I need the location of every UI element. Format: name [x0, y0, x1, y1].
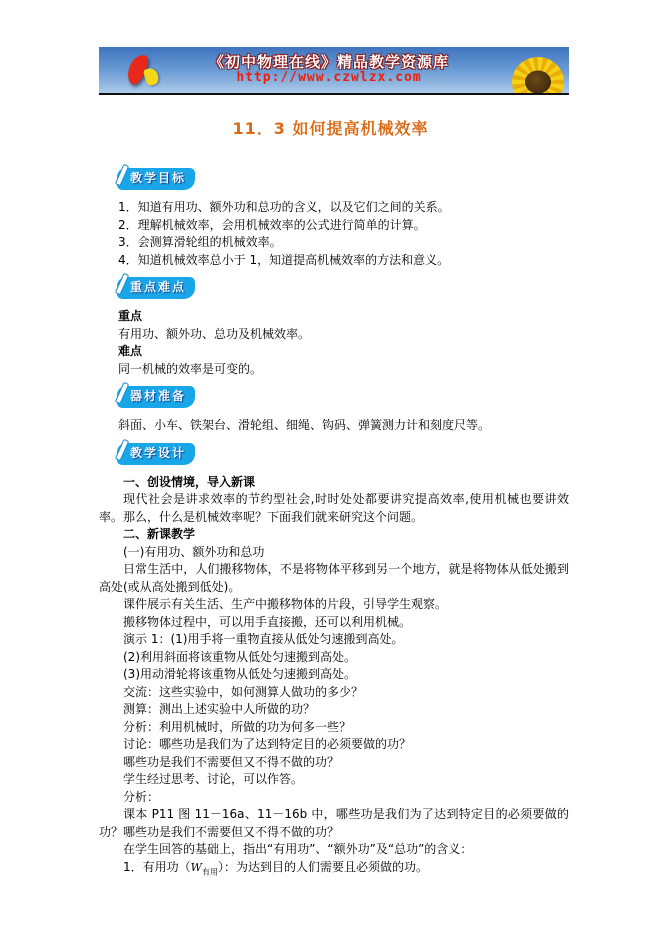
sunflower-center [525, 71, 551, 94]
paragraph: 有用功、额外功、总功及机械效率。 [118, 326, 569, 344]
paragraph: 讨论：哪些功是我们为了达到特定目的必须要做的功？ [99, 736, 569, 754]
paragraph: 一、创设情境，导入新课 [99, 474, 569, 492]
paragraph: 2．理解机械效率，会用机械效率的公式进行简单的计算。 [118, 217, 569, 235]
section-label: 重点难点 [117, 277, 195, 299]
banner-site-title: 《初中物理在线》精品教学资源库 [159, 51, 499, 72]
paragraph: 3．会测算滑轮组的机械效率。 [118, 234, 569, 252]
flame-accent-icon [143, 66, 161, 86]
paragraph: 测算：测出上述实验中人所做的功？ [99, 701, 569, 719]
leaf-icon [499, 94, 519, 95]
document-body: 教学目标1．知道有用功、额外功和总功的含义，以及它们之间的关系。2．理解机械效率… [99, 168, 569, 880]
text-run: ）：为达到目的人们需要且必须做的功。 [218, 860, 428, 874]
section-label-row: 重点难点 [117, 277, 569, 299]
paragraph: (一)有用功、额外功和总功 [99, 544, 569, 562]
paragraph: 1．有用功（W有用）：为达到目的人们需要且必须做的功。 [99, 859, 569, 881]
section-label: 教学设计 [117, 443, 195, 465]
sunflower-icon [512, 57, 564, 95]
paragraph: 同一机械的效率是可变的。 [118, 361, 569, 379]
section-label-row: 器材准备 [117, 386, 569, 408]
paragraph: 1．知道有用功、额外功和总功的含义，以及它们之间的关系。 [118, 199, 569, 217]
text-run: W [191, 861, 202, 874]
banner-site-url[interactable]: http://www.czwlzx.com [159, 70, 499, 85]
section: 教学设计一、创设情境，导入新课现代社会是讲求效率的节约型社会,时时处处都要讲究提… [99, 443, 569, 881]
paragraph: 现代社会是讲求效率的节约型社会,时时处处都要讲究提高效率,使用机械也要讲效率。那… [99, 491, 569, 526]
text-run: 1．有用功（ [123, 860, 191, 874]
paragraph: 演示 1：(1)用手将一重物直接从低处匀速搬到高处。 [99, 631, 569, 649]
section-body: 重点有用功、额外功、总功及机械效率。难点同一机械的效率是可变的。 [118, 308, 569, 378]
section-label-row: 教学目标 [117, 168, 569, 190]
paragraph: 交流：这些实验中，如何测算人做功的多少？ [99, 684, 569, 702]
subscript-text: 有用 [202, 867, 218, 876]
paragraph: 分析：利用机械时，所做的功为何多一些？ [99, 719, 569, 737]
paragraph: 二、新课教学 [99, 526, 569, 544]
paragraph: 分析： [99, 789, 569, 807]
section-body: 1．知道有用功、额外功和总功的含义，以及它们之间的关系。2．理解机械效率，会用机… [118, 199, 569, 269]
section: 器材准备斜面、小车、铁架台、滑轮组、细绳、钩码、弹簧测力计和刻度尺等。 [99, 386, 569, 435]
paragraph: (3)用动滑轮将该重物从低处匀速搬到高处。 [99, 666, 569, 684]
section-label-row: 教学设计 [117, 443, 569, 465]
site-banner: 《初中物理在线》精品教学资源库 http://www.czwlzx.com [99, 47, 569, 95]
paragraph: (2)利用斜面将该重物从低处匀速搬到高处。 [99, 649, 569, 667]
section-body: 斜面、小车、铁架台、滑轮组、细绳、钩码、弹簧测力计和刻度尺等。 [118, 417, 569, 435]
paragraph: 哪些功是我们不需要但又不得不做的功？ [99, 754, 569, 772]
section-label: 器材准备 [117, 386, 195, 408]
paragraph: 搬移物体过程中，可以用手直接搬，还可以利用机械。 [99, 614, 569, 632]
paragraph: 课本 P11 图 11－16a、11－16b 中，哪些功是我们为了达到特定目的必… [99, 806, 569, 841]
paragraph: 斜面、小车、铁架台、滑轮组、细绳、钩码、弹簧测力计和刻度尺等。 [118, 417, 569, 435]
paragraph: 学生经过思考、讨论，可以作答。 [99, 771, 569, 789]
section-body: 一、创设情境，导入新课现代社会是讲求效率的节约型社会,时时处处都要讲究提高效率,… [99, 474, 569, 881]
section: 重点难点重点有用功、额外功、总功及机械效率。难点同一机械的效率是可变的。 [99, 277, 569, 378]
document-page: 《初中物理在线》精品教学资源库 http://www.czwlzx.com 11… [0, 0, 661, 935]
paragraph: 4．知道机械效率总小于 1，知道提高机械效率的方法和意义。 [118, 252, 569, 270]
section-label: 教学目标 [117, 168, 195, 190]
paragraph: 日常生活中，人们搬移物体，不是将物体平移到另一个地方，就是将物体从低处搬到高处(… [99, 561, 569, 596]
paragraph: 难点 [118, 343, 569, 361]
section: 教学目标1．知道有用功、额外功和总功的含义，以及它们之间的关系。2．理解机械效率… [99, 168, 569, 269]
page-title: 11．3 如何提高机械效率 [0, 116, 661, 139]
paragraph: 在学生回答的基础上，指出“有用功”、“额外功”及“总功”的含义： [99, 841, 569, 859]
paragraph: 重点 [118, 308, 569, 326]
paragraph: 课件展示有关生活、生产中搬移物体的片段，引导学生观察。 [99, 596, 569, 614]
